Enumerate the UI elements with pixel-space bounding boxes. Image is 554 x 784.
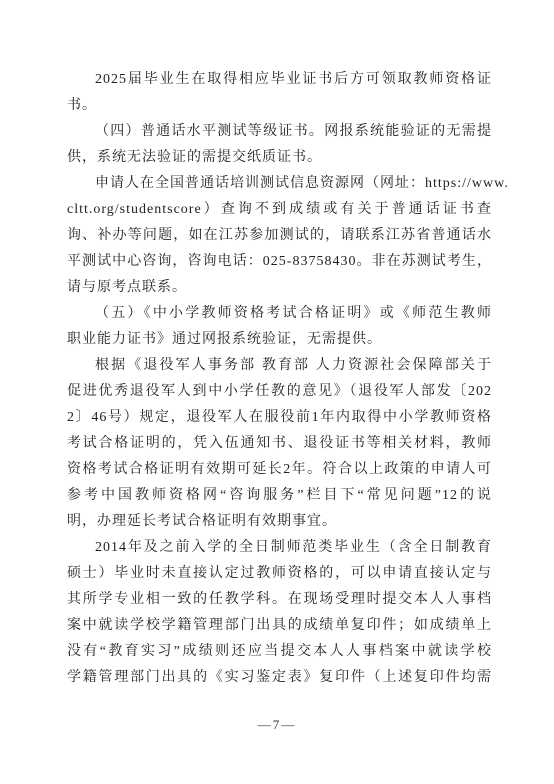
text-line: 案中就读学校学籍管理部门出具的成绩单复印件；如成绩单上	[67, 613, 492, 639]
text-line: 没有“教育实习”成绩则还应当提交本人人事档案中就读学校	[67, 639, 492, 665]
text-line: 学籍管理部门出具的《实习鉴定表》复印件（上述复印件均需	[67, 665, 492, 691]
text-line: 申请人在全国普通话培训测试信息资源网（网址：https://www.	[67, 171, 492, 197]
document-body: 2025届毕业生在取得相应毕业证书后方可领取教师资格证 书。 （四）普通话水平测…	[67, 67, 492, 691]
paragraph: 2025届毕业生在取得相应毕业证书后方可领取教师资格证 书。	[67, 67, 492, 119]
text-line: 职业能力证书》通过网报系统验证，无需提供。	[67, 327, 492, 353]
text-line: cltt.org/studentscore）查询不到成绩或有关于普通话证书查	[67, 197, 492, 223]
document-page: 2025届毕业生在取得相应毕业证书后方可领取教师资格证 书。 （四）普通话水平测…	[0, 0, 554, 784]
text-line: 询、补办等问题，如在江苏参加测试的，请联系江苏省普通话水	[67, 223, 492, 249]
text-line: 促进优秀退役军人到中小学任教的意见》（退役军人部发〔202	[67, 379, 492, 405]
text-line: 资格考试合格证明有效期可延长2年。符合以上政策的申请人可	[67, 457, 492, 483]
paragraph: 2014年及之前入学的全日制师范类毕业生（含全日制教育 硕士）毕业时未直接认定过…	[67, 535, 492, 691]
text-line: 2〕46号）规定，退役军人在服役前1年内取得中小学教师资格	[67, 405, 492, 431]
text-line: 平测试中心咨询，咨询电话：025-83758430。非在苏测试考生，	[67, 249, 492, 275]
text-line: 供，系统无法验证的需提交纸质证书。	[67, 145, 492, 171]
text-line: 书。	[67, 93, 492, 119]
text-line: 根据《退役军人事务部 教育部 人力资源社会保障部关于	[67, 353, 492, 379]
paragraph: （四）普通话水平测试等级证书。网报系统能验证的无需提 供，系统无法验证的需提交纸…	[67, 119, 492, 171]
text-line: 考试合格证明的，凭入伍通知书、退役证书等相关材料，教师	[67, 431, 492, 457]
text-line: 参考中国教师资格网“咨询服务”栏目下“常见问题”12的说	[67, 483, 492, 509]
paragraph: 申请人在全国普通话培训测试信息资源网（网址：https://www. cltt.…	[67, 171, 492, 301]
text-line: 硕士）毕业时未直接认定过教师资格的，可以申请直接认定与	[67, 561, 492, 587]
page-number: —7—	[0, 712, 554, 738]
text-line: 请与原考点联系。	[67, 275, 492, 301]
text-line: 明，办理延长考试合格证明有效期事宜。	[67, 509, 492, 535]
text-line: 2014年及之前入学的全日制师范类毕业生（含全日制教育	[67, 535, 492, 561]
text-line: 2025届毕业生在取得相应毕业证书后方可领取教师资格证	[67, 67, 492, 93]
text-line: 其所学专业相一致的任教学科。在现场受理时提交本人人事档	[67, 587, 492, 613]
paragraph: （五）《中小学教师资格考试合格证明》或《师范生教师 职业能力证书》通过网报系统验…	[67, 301, 492, 353]
paragraph: 根据《退役军人事务部 教育部 人力资源社会保障部关于 促进优秀退役军人到中小学任…	[67, 353, 492, 535]
text-line: （四）普通话水平测试等级证书。网报系统能验证的无需提	[67, 119, 492, 145]
text-line: （五）《中小学教师资格考试合格证明》或《师范生教师	[67, 301, 492, 327]
